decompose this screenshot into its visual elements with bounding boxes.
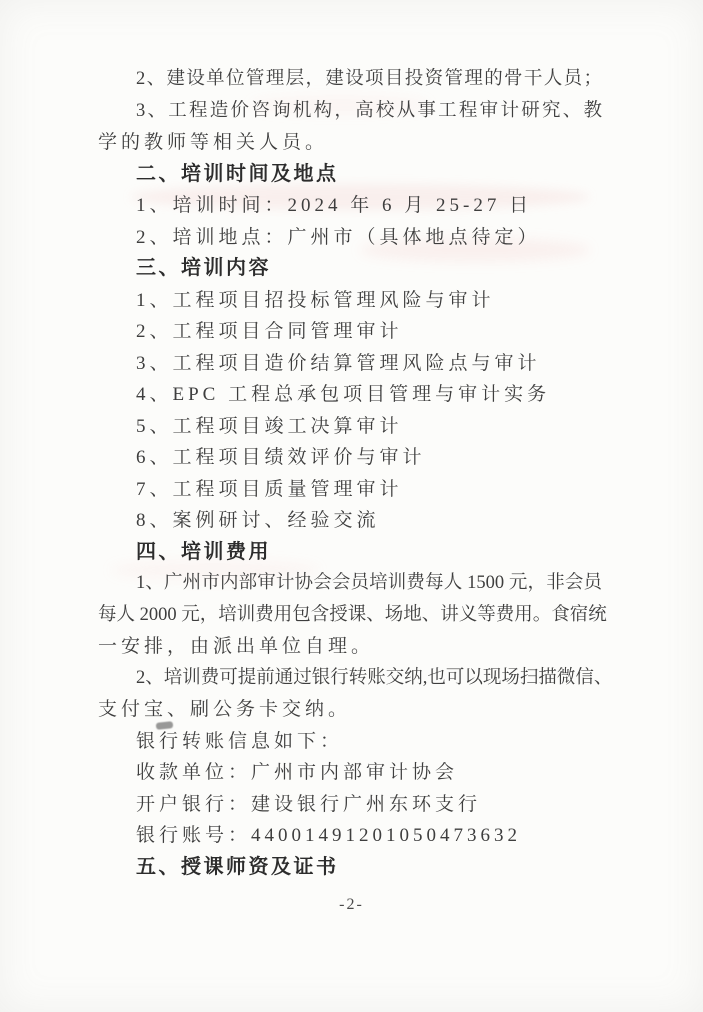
text-line: 1、工程项目招投标管理风险与审计 <box>98 285 602 317</box>
text-line: 每人 2000 元，培训费用包含授课、场地、讲义等费用。食宿统 <box>98 600 602 632</box>
text-line: 学的教师等相关人员。 <box>98 127 602 159</box>
document-body: 2、建设单位管理层，建设项目投资管理的骨干人员；3、工程造价咨询机构，高校从事工… <box>98 64 602 883</box>
text-line: 2、培训费可提前通过银行转账交纳,也可以现场扫描微信、 <box>98 663 602 695</box>
text-line: 1、培训时间：2024 年 6 月 25-27 日 <box>98 190 602 222</box>
text-line: 3、工程项目造价结算管理风险点与审计 <box>98 348 602 380</box>
text-line: 8、案例研讨、经验交流 <box>98 505 602 537</box>
text-line: 6、工程项目绩效评价与审计 <box>98 442 602 474</box>
text-line: 2、培训地点：广州市（具体地点待定） <box>98 222 602 254</box>
section-heading: 四、培训费用 <box>98 537 602 569</box>
section-heading: 三、培训内容 <box>98 253 602 285</box>
text-line: 开户银行：建设银行广州东环支行 <box>98 789 602 821</box>
section-heading: 二、培训时间及地点 <box>98 159 602 191</box>
text-line: 银行账号：44001491201050473632 <box>98 820 602 852</box>
text-line: 一安排，由派出单位自理。 <box>98 631 602 663</box>
text-line: 收款单位：广州市内部审计协会 <box>98 757 602 789</box>
text-line: 1、广州市内部审计协会会员培训费每人 1500 元，非会员 <box>98 568 602 600</box>
page-number: -2- <box>0 896 703 914</box>
text-line: 支付宝、刷公务卡交纳。 <box>98 694 602 726</box>
text-line: 银行转账信息如下： <box>98 726 602 758</box>
text-line: 2、建设单位管理层，建设项目投资管理的骨干人员； <box>98 64 602 96</box>
text-line: 3、工程造价咨询机构，高校从事工程审计研究、教 <box>98 96 602 128</box>
text-line: 2、工程项目合同管理审计 <box>98 316 602 348</box>
text-line: 5、工程项目竣工决算审计 <box>98 411 602 443</box>
document-page: 2、建设单位管理层，建设项目投资管理的骨干人员；3、工程造价咨询机构，高校从事工… <box>0 0 703 1012</box>
section-heading: 五、授课师资及证书 <box>98 852 602 884</box>
text-line: 7、工程项目质量管理审计 <box>98 474 602 506</box>
text-line: 4、EPC 工程总承包项目管理与审计实务 <box>98 379 602 411</box>
